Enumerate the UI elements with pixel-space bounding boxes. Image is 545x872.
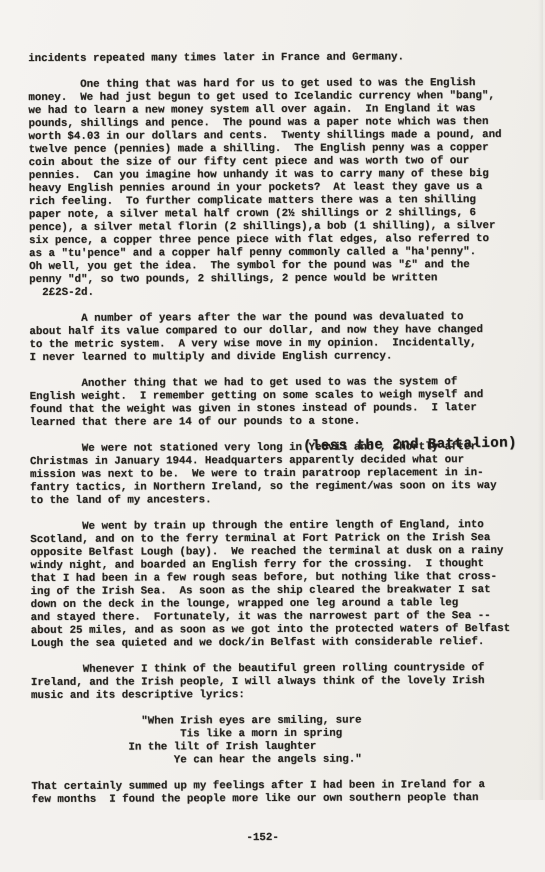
quote-irish-eyes: "When Irish eyes are smiling, sure Tis l… [31,714,533,768]
page-text: incidents repeated many times later in F… [28,12,534,800]
text-line: incidents repeated many times later in F… [28,51,530,66]
text-line: found that the weight was given in stone… [30,402,532,417]
paragraph-continuation: incidents repeated many times later in F… [28,51,530,66]
text-line: fantry tactics, in Northern Ireland, so … [30,480,532,495]
text-line: Lough the sea quieted and we dock/in Bel… [31,636,533,651]
blocks-host: incidents repeated many times later in F… [28,51,533,800]
text-line: 2£2S-2d. [29,285,531,300]
text-line: to the metric system. A very wise move i… [29,337,531,352]
text-line: I never learned to multiply and divide E… [29,350,531,365]
paragraph-irish-music: Whenever I think of the beautiful green … [31,662,533,703]
text-line: Ireland, and the Irish people, I will al… [31,675,533,690]
paragraph-summary: That certainly summed up my feelings aft… [31,779,533,800]
text-line: Oh well, you get the idea. The symbol fo… [29,259,531,274]
paragraph-irish-sea-crossing: We went by train up through the entire l… [30,519,533,651]
text-line: few months I found the people more like … [31,792,533,800]
paragraph-english-money: One thing that was hard for us to get us… [28,77,531,300]
paragraph-devaluation: A number of years after the war the poun… [29,311,531,365]
paragraph-english-weight: Another thing that we had to get used to… [30,376,532,430]
text-line: to the land of my ancesters. [30,493,532,508]
document-page: incidents repeated many times later in F… [0,0,545,800]
scan-edge-shade [538,0,543,800]
text-line: learned that there are 14 of our pounds … [30,415,532,430]
text-line: Ye can hear the angels sing." [31,753,533,768]
typed-insertion-less-2nd-battalion: (less the 2nd Battalion) [303,435,517,454]
text-line: music and its descriptive lyrics: [31,688,533,703]
